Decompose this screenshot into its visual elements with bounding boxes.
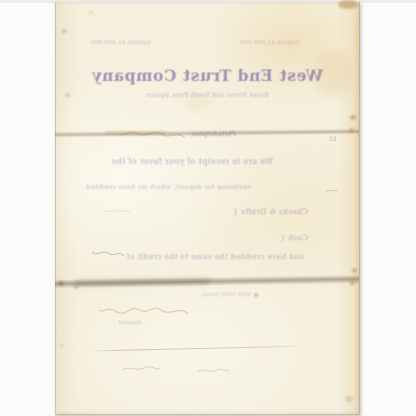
body-line-2: enclosing for deposit, which we have cre…	[86, 183, 251, 191]
faint-pencil-scrawl-left	[120, 362, 162, 374]
faint-pencil-scrawl-right	[195, 365, 231, 375]
capital-label: Capital $1,000,000	[240, 40, 299, 46]
pencil-note: 12	[329, 136, 337, 143]
surplus-label: Surplus $1,000,000	[91, 40, 151, 46]
stain	[350, 281, 355, 285]
stain	[60, 344, 64, 347]
credited-name-scrawl	[90, 248, 126, 260]
mirrored-bleed-through-text: Capital $1,000,000 Surplus $1,000,000 We…	[56, 2, 359, 414]
stain	[350, 115, 356, 120]
stain	[316, 52, 352, 96]
stain	[74, 286, 78, 289]
cash-label: Cash {	[280, 233, 308, 242]
stain	[338, 0, 358, 9]
stain	[89, 11, 93, 14]
stain	[65, 93, 70, 97]
body-line-1: We are in receipt of your favor of the	[111, 157, 273, 166]
letter-paper-back: Capital $1,000,000 Surplus $1,000,000 We…	[55, 2, 360, 415]
crease-foxing	[105, 131, 165, 135]
stain	[349, 128, 354, 132]
signature-scrawl	[96, 302, 191, 320]
company-name: West End Trust Company	[56, 66, 359, 85]
closing-line: Very truly yours,	[200, 292, 251, 298]
stain	[254, 293, 258, 297]
faint-pencil-mark	[324, 186, 340, 195]
stain	[58, 281, 64, 286]
stain	[62, 29, 66, 33]
stain	[185, 96, 209, 108]
stain	[345, 396, 353, 402]
checks-amount-dash: ————	[102, 207, 131, 215]
scanned-document-photo: Capital $1,000,000 Surplus $1,000,000 We…	[0, 0, 416, 416]
credited-line: and have credited the same to the credit…	[127, 252, 304, 261]
checks-drafts-label: Checks & Drafts {	[233, 207, 308, 216]
entered-stamp: Entered	[119, 320, 142, 326]
stain	[352, 268, 357, 273]
